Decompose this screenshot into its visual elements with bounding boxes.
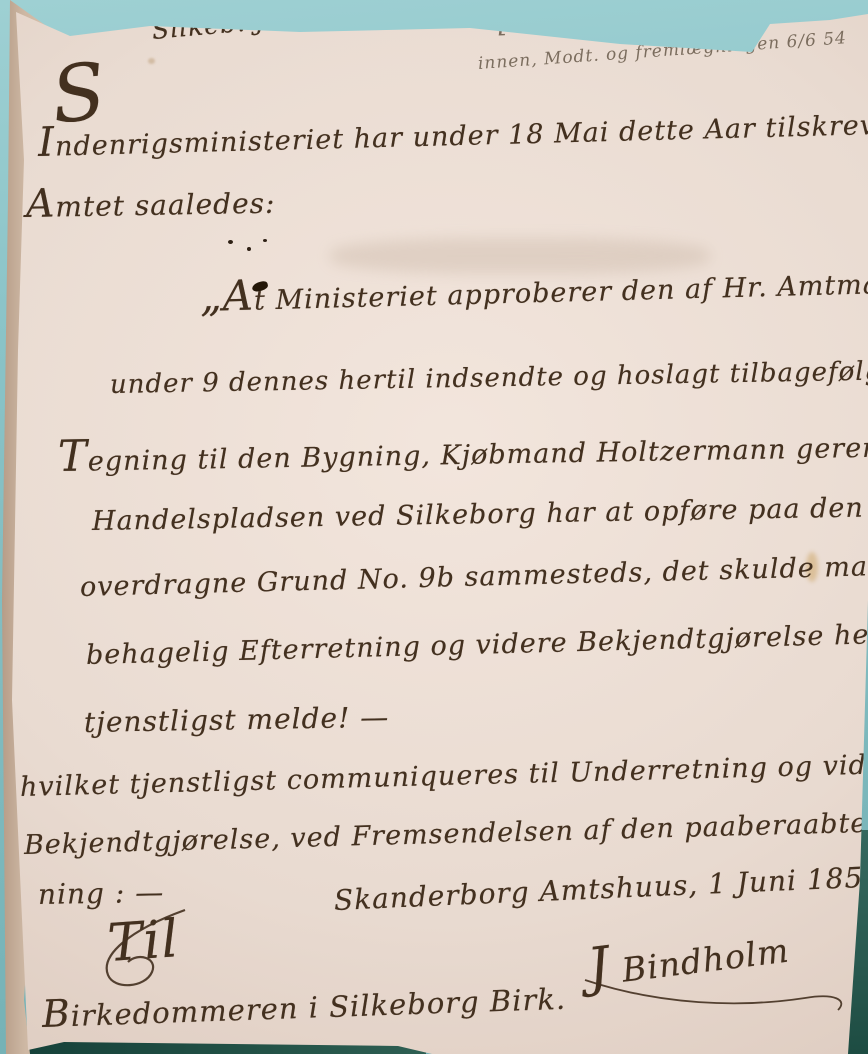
ink-spatter [228,240,233,244]
quoted-line: overdragne Grund No. 9b sammesteds, det … [80,550,868,603]
quoted-line: tjenstligst melde! — [84,701,390,739]
scanned-document-page: Silkeb. J. Cp. No. 12/1854. [H. 12/1854]… [0,0,868,1054]
archive-reference-pencil: [H. 12/1854] [497,0,696,39]
ink-spatter [263,239,267,242]
quoted-line: behagelig Efterretning og videre Bekjend… [86,618,868,671]
dateline: Skanderborg Amtshuus, 1 Juni 1854 — [333,858,868,917]
letter-paper: Silkeb. J. Cp. No. 12/1854. [H. 12/1854]… [0,0,868,1054]
handwritten-line: Amtet saaledes: [26,178,276,227]
handwritten-line: hvilket tjenstligst communiqueres til Un… [20,749,868,803]
ink-spatter [247,247,251,251]
quoted-line: Tegning til den Bygning, Kjøbmand Holtze… [58,418,868,482]
paper-stain [148,58,155,64]
journal-reference-ink: Silkeb. J. Cp. No. 12/1854. [151,0,513,45]
quoted-line: under 9 dennes hertil indsendte og hosla… [110,355,868,400]
letter-content: Silkeb. J. Cp. No. 12/1854. [H. 12/1854]… [0,0,868,1054]
addressee-line: Birkedommeren i Silkeborg Birk. [41,974,566,1036]
handwritten-line: Indenrigsministeriet har under 18 Mai de… [37,95,868,166]
quoted-line: Handelspladsen ved Silkeborg har at opfø… [92,491,868,537]
salutation-to: Til [106,913,180,970]
paper-stain [50,16,60,24]
handwritten-line: ning : — [38,876,165,911]
handwritten-line: Bekjendtgjørelse, ved Fremsendelsen af d… [24,805,868,861]
quoted-line: „At Ministeriet approberer den af Hr. Am… [199,252,868,321]
signature: J Bindholm [584,914,792,999]
